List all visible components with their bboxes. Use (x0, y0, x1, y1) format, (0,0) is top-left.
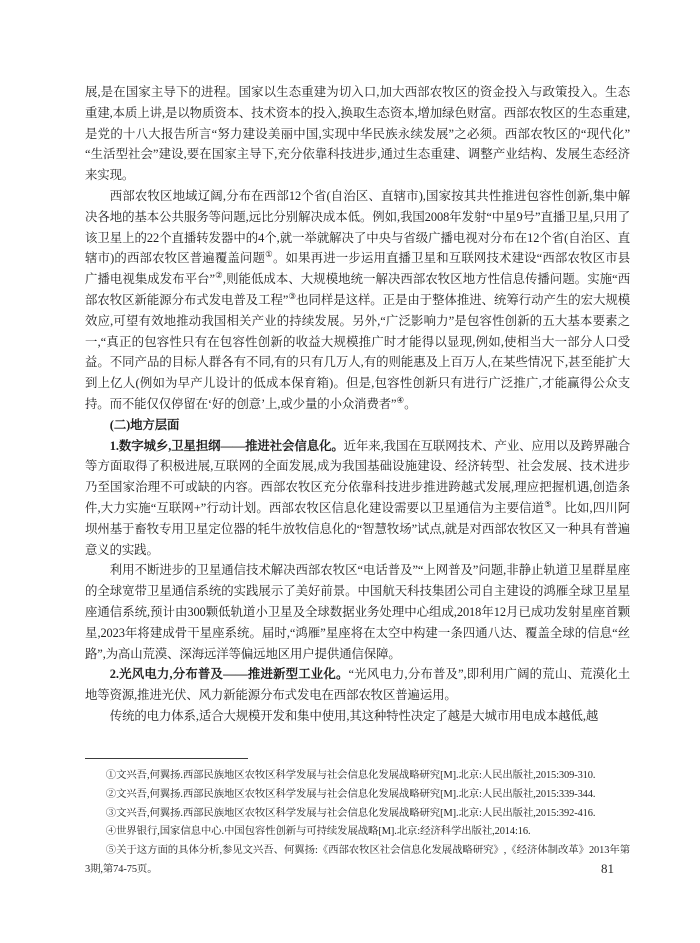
paragraph: 利用不断进步的卫星通信技术解决西部农牧区“电话普及”“上网普及”问题,非静止轨道… (85, 560, 630, 664)
paragraph-text: 。 (404, 397, 416, 411)
paragraph-text: 利用不断进步的卫星通信技术解决西部农牧区“电话普及”“上网普及”问题,非静止轨道… (85, 563, 630, 660)
paragraph: 西部农牧区地域辽阔,分布在西部12个省(自治区、直辖市),国家按其共性推进包容性… (85, 186, 630, 415)
paragraph: 传统的电力体系,适合大规模开发和集中使用,其这种特性决定了越是大城市用电成本越低… (85, 706, 630, 727)
paragraph-text: 也同样是这样。正是由于整体推进、统筹行动产生的宏大规模效应,可望有效地推动我国相… (85, 293, 630, 411)
footnote: ①文兴吾,何翼扬.西部民族地区农牧区科学发展与社会信息化发展战略研究[M].北京… (85, 767, 630, 786)
page-number: 81 (601, 861, 614, 877)
footnote-ref: ⑤ (544, 499, 552, 509)
book-page: 展,是在国家主导下的进程。国家以生态重建为切入口,加大西部农牧区的资金投入与政策… (0, 0, 700, 943)
paragraph-lead: 2.光风电力,分布普及——推进新型工业化。 (110, 667, 349, 681)
footnote: ⑤关于这方面的具体分析,参见文兴吾、何翼扬:《西部农牧区社会信息化发展战略研究》… (85, 842, 630, 880)
footnote-divider (85, 758, 248, 759)
footnote-ref: ② (215, 270, 223, 280)
paragraph: 2.光风电力,分布普及——推进新型工业化。“光风电力,分布普及”,即利用广阔的荒… (85, 664, 630, 706)
section-heading: (二)地方层面 (85, 415, 630, 436)
footnote-ref: ④ (396, 395, 404, 405)
footnote-ref: ① (265, 249, 273, 259)
paragraph: 1.数字城乡,卫星担纲——推进社会信息化。近年来,我国在互联网技术、产业、应用以… (85, 436, 630, 561)
footnote: ③文兴吾,何翼扬.西部民族地区农牧区科学发展与社会信息化发展战略研究[M].北京… (85, 805, 630, 824)
footnote: ④世界银行,国家信息中心.中国包容性创新与可持续发展战略[M].北京:经济科学出… (85, 823, 630, 842)
footnote: ②文兴吾,何翼扬.西部民族地区农牧区科学发展与社会信息化发展战略研究[M].北京… (85, 786, 630, 805)
footnotes: ①文兴吾,何翼扬.西部民族地区农牧区科学发展与社会信息化发展战略研究[M].北京… (85, 758, 630, 880)
page-content: 展,是在国家主导下的进程。国家以生态重建为切入口,加大西部农牧区的资金投入与政策… (85, 82, 630, 727)
paragraph-text: 展,是在国家主导下的进程。国家以生态重建为切入口,加大西部农牧区的资金投入与政策… (85, 85, 630, 182)
paragraph-lead: 1.数字城乡,卫星担纲——推进社会信息化。 (110, 439, 344, 453)
paragraph-text: 传统的电力体系,适合大规模开发和集中使用,其这种特性决定了越是大城市用电成本越低… (110, 709, 598, 723)
paragraph: 展,是在国家主导下的进程。国家以生态重建为切入口,加大西部农牧区的资金投入与政策… (85, 82, 630, 186)
footnote-ref: ③ (288, 291, 296, 301)
